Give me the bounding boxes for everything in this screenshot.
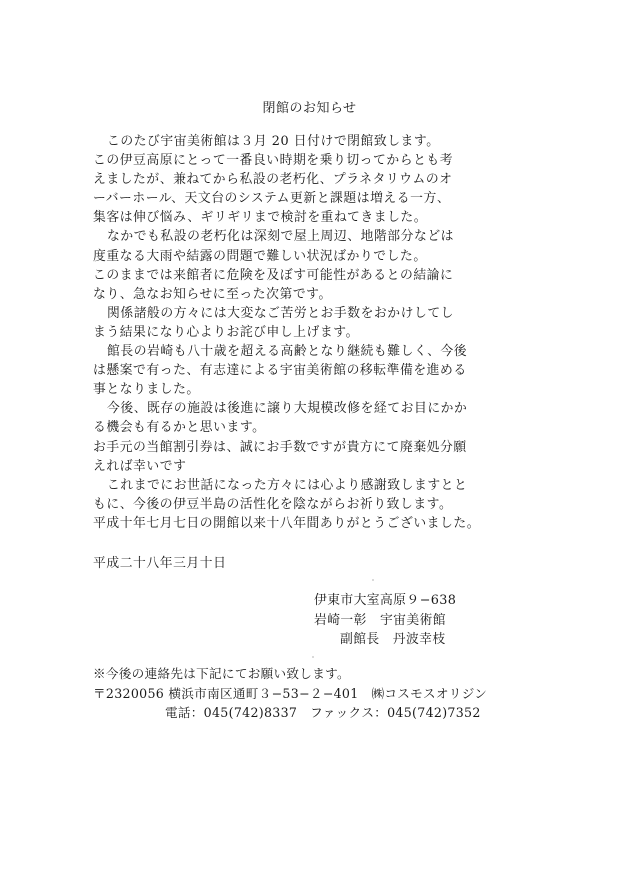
scan-speck	[372, 579, 374, 581]
signature-address: 伊東市大室高原９−638	[314, 591, 456, 611]
body-line: なかでも私設の老朽化は深刻で屋上周辺、地階部分などは	[93, 227, 433, 246]
body-line: これまでにお世話になった方々には心より感謝致しますとと	[93, 476, 433, 495]
body-line: この伊豆高原にとって一番良い時期を乗り切ってからとも考	[93, 151, 433, 170]
body-line: 今後、既存の施設は後進に譲り大規模改修を経てお目にかか	[93, 399, 433, 418]
body-line: ーバーホール、天文台のシステム更新と課題は増える一方、	[93, 189, 433, 208]
body-line: このままでは来館者に危険を及ぼす可能性があるとの結論に	[93, 266, 433, 285]
contact-address: 〒2320056 横浜市南区通町３−53−２−401 ㈱コスモスオリジン	[93, 684, 487, 704]
body-line: えましたが、兼ねてから私設の老朽化、プラネタリウムのオ	[93, 170, 433, 189]
document-page: 閉館のお知らせ このたび宇宙美術館は３月 20 日付けで閉館致します。 この伊豆…	[0, 0, 619, 875]
body-line: 館長の岩崎も八十歳を超える高齢となり継続も難しく、今後	[93, 342, 433, 361]
scan-speck	[312, 656, 314, 658]
body-line: お手元の当館割引券は、誠にお手数ですが貴方にて廃棄処分願	[93, 438, 433, 457]
document-title: 閉館のお知らせ	[0, 97, 619, 116]
document-date: 平成二十八年三月十日	[93, 552, 226, 571]
body-line: 関係諸般の方々には大変なご苦労とお手数をおかけしてし	[93, 304, 433, 323]
body-line: は懸案で有った、有志達による宇宙美術館の移転準備を進める	[93, 361, 433, 380]
contact-note: ※今後の連絡先は下記にてお願い致します。	[93, 664, 487, 684]
contact-phone-fax: 電話：045(742)8337 ファックス：045(742)7352	[93, 703, 487, 723]
body-line: 平成十年七月七日の開館以来十八年間ありがとうございました。	[93, 514, 433, 533]
body-line: もに、今後の伊豆半島の活性化を陰ながらお祈り致します。	[93, 495, 433, 514]
body-line: る機会も有るかと思います。	[93, 418, 433, 437]
body-line: 集客は伸び悩み、ギリギリまで検討を重ねてきました。	[93, 208, 433, 227]
document-body: このたび宇宙美術館は３月 20 日付けで閉館致します。 この伊豆高原にとって一番…	[93, 132, 433, 533]
body-line: えれば幸いです	[93, 457, 433, 476]
body-line: まう結果になり心よりお詫び申し上げます。	[93, 323, 433, 342]
signature-founder: 岩崎一彰 宇宙美術館	[314, 611, 456, 631]
body-line: なり、急なお知らせに至った次第です。	[93, 285, 433, 304]
contact-block: ※今後の連絡先は下記にてお願い致します。 〒2320056 横浜市南区通町３−5…	[93, 664, 487, 723]
body-line: 度重なる大雨や結露の問題で難しい状況ばかりでした。	[93, 247, 433, 266]
signature-deputy: 副館長 丹波幸枝	[314, 630, 456, 650]
body-line: このたび宇宙美術館は３月 20 日付けで閉館致します。	[93, 132, 433, 151]
body-line: 事となりました。	[93, 380, 433, 399]
signature-block: 伊東市大室高原９−638 岩崎一彰 宇宙美術館 副館長 丹波幸枝	[314, 591, 456, 650]
